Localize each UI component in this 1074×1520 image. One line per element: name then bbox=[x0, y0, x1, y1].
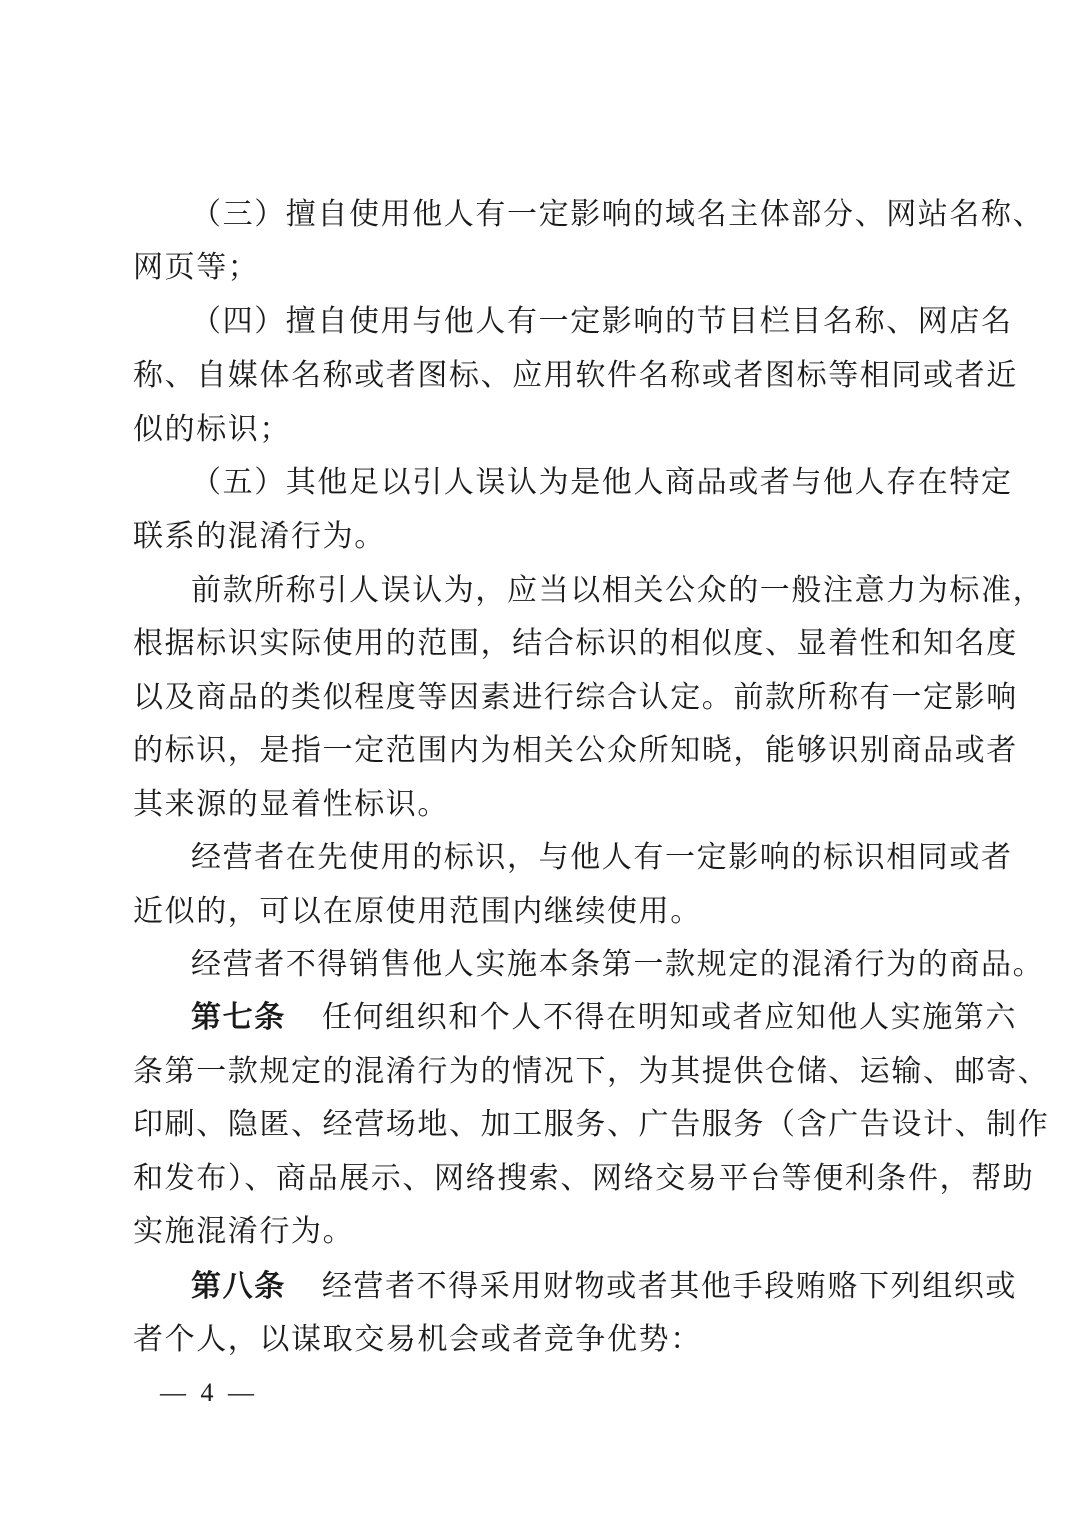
item-5-line-2: 联系的混淆行为。 bbox=[133, 517, 943, 557]
para-prior-use-line-1: 经营者在先使用的标识，与他人有一定影响的标识相同或者 bbox=[191, 838, 943, 878]
para-prior-use-line-2: 近似的，可以在原使用范围内继续使用。 bbox=[133, 892, 943, 932]
article-7-line-4: 和发布）、商品展示、网络搜索、网络交易平台等便利条件，帮助 bbox=[133, 1159, 943, 1199]
article-7-text: 任何组织和个人不得在明知或者应知他人实施第六 bbox=[322, 1000, 1017, 1035]
item-4-line-3: 似的标识； bbox=[133, 410, 943, 450]
para-misleading-line-3: 以及商品的类似程度等因素进行综合认定。前款所称有一定影响 bbox=[133, 678, 943, 718]
article-8-line-2: 者个人，以谋取交易机会或者竞争优势： bbox=[133, 1320, 943, 1360]
article-8-heading: 第八条 bbox=[191, 1269, 286, 1304]
para-misleading-line-5: 其来源的显着性标识。 bbox=[133, 785, 943, 825]
article-8-text: 经营者不得采用财物或者其他手段贿赂下列组织或 bbox=[322, 1269, 1017, 1304]
item-3-line-2: 网页等； bbox=[133, 248, 943, 288]
item-5-line-1: （五）其他足以引人误认为是他人商品或者与他人存在特定 bbox=[191, 463, 943, 503]
article-7-line-3: 印刷、隐匿、经营场地、加工服务、广告服务（含广告设计、制作 bbox=[133, 1105, 943, 1145]
article-7-line-2: 条第一款规定的混淆行为的情况下，为其提供仓储、运输、邮寄、 bbox=[133, 1052, 943, 1092]
article-7-line-1: 第七条任何组织和个人不得在明知或者应知他人实施第六 bbox=[191, 998, 943, 1038]
para-no-sale-line-1: 经营者不得销售他人实施本条第一款规定的混淆行为的商品。 bbox=[191, 945, 943, 985]
para-misleading-line-4: 的标识，是指一定范围内为相关公众所知晓，能够识别商品或者 bbox=[133, 731, 943, 771]
para-misleading-line-1: 前款所称引人误认为，应当以相关公众的一般注意力为标准， bbox=[191, 571, 943, 611]
article-8-line-1: 第八条经营者不得采用财物或者其他手段贿赂下列组织或 bbox=[191, 1267, 943, 1307]
item-3-line-1: （三）擅自使用他人有一定影响的域名主体部分、网站名称、 bbox=[191, 195, 943, 235]
page-number: — 4 — bbox=[160, 1378, 258, 1408]
article-7-heading: 第七条 bbox=[191, 1000, 286, 1035]
article-7-line-5: 实施混淆行为。 bbox=[133, 1212, 943, 1252]
para-misleading-line-2: 根据标识实际使用的范围，结合标识的相似度、显着性和知名度 bbox=[133, 624, 943, 664]
item-4-line-1: （四）擅自使用与他人有一定影响的节目栏目名称、网店名 bbox=[191, 302, 943, 342]
item-4-line-2: 称、自媒体名称或者图标、应用软件名称或者图标等相同或者近 bbox=[133, 356, 943, 396]
